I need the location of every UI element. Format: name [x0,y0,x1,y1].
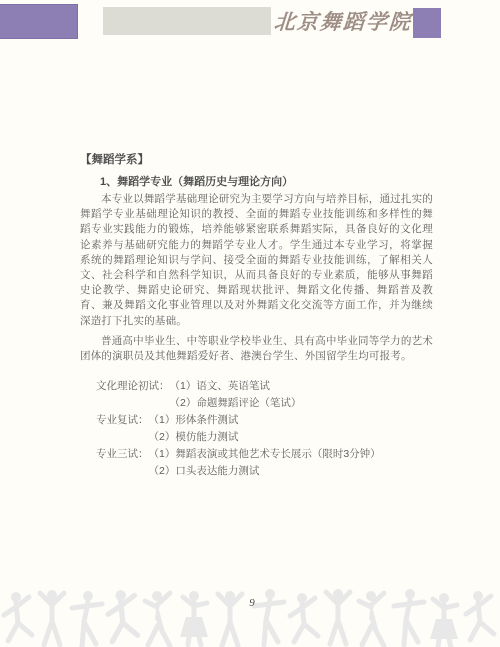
document-page: 北京舞蹈学院 【舞蹈学系】 1、舞蹈学专业（舞蹈历史与理论方向） 本专业以舞蹈学… [0,0,500,647]
exam-row-label: 专业复试： [96,412,149,429]
subsection-title: 1、舞蹈学专业（舞蹈历史与理论方向） [100,174,433,190]
exam-item: （1）舞蹈表演或其他艺术专长展示（限时3分钟） [149,446,434,463]
school-logo-calligraphy: 北京舞蹈学院 [273,6,413,38]
header-purple-bar [0,4,78,39]
section-title: 【舞蹈学系】 [80,152,433,168]
program-intro-paragraph: 本专业以舞蹈学基础理论研究为主要学习方向与培养目标，通过扎实的舞蹈学专业基础理论… [80,192,433,329]
header-purple-square [413,8,441,38]
eligibility-paragraph: 普通高中毕业生、中等职业学校毕业生、具有高中毕业同等学力的艺术团体的演职员及其他… [80,334,433,364]
main-content: 【舞蹈学系】 1、舞蹈学专业（舞蹈历史与理论方向） 本专业以舞蹈学基础理论研究为… [80,152,433,480]
exam-row-label: 文化理论初试： [96,378,170,395]
exam-row-second-round: 专业复试： （1）形体条件测试 （2）模仿能力测试 [96,412,433,446]
exam-row-label: 专业三试： [96,446,149,463]
header-gray-bar [103,7,271,35]
exam-row-items: （1）形体条件测试 （2）模仿能力测试 [149,412,434,446]
exam-row-items: （1）语文、英语笔试 （2）命题舞蹈评论（笔试） [170,378,434,412]
exam-item: （1）形体条件测试 [149,412,434,429]
exam-item: （1）语文、英语笔试 [170,378,434,395]
dancer-silhouettes-icon [0,585,500,647]
page-number: 9 [244,597,260,609]
exam-requirements-list: 文化理论初试： （1）语文、英语笔试 （2）命题舞蹈评论（笔试） 专业复试： （… [96,378,433,480]
exam-row-items: （1）舞蹈表演或其他艺术专长展示（限时3分钟） （2）口头表达能力测试 [149,446,434,480]
exam-item: （2）模仿能力测试 [149,429,434,446]
exam-row-culture-test: 文化理论初试： （1）语文、英语笔试 （2）命题舞蹈评论（笔试） [96,378,433,412]
exam-item: （2）口头表达能力测试 [149,463,434,480]
exam-row-third-round: 专业三试： （1）舞蹈表演或其他艺术专长展示（限时3分钟） （2）口头表达能力测… [96,446,433,480]
exam-item: （2）命题舞蹈评论（笔试） [170,395,434,412]
